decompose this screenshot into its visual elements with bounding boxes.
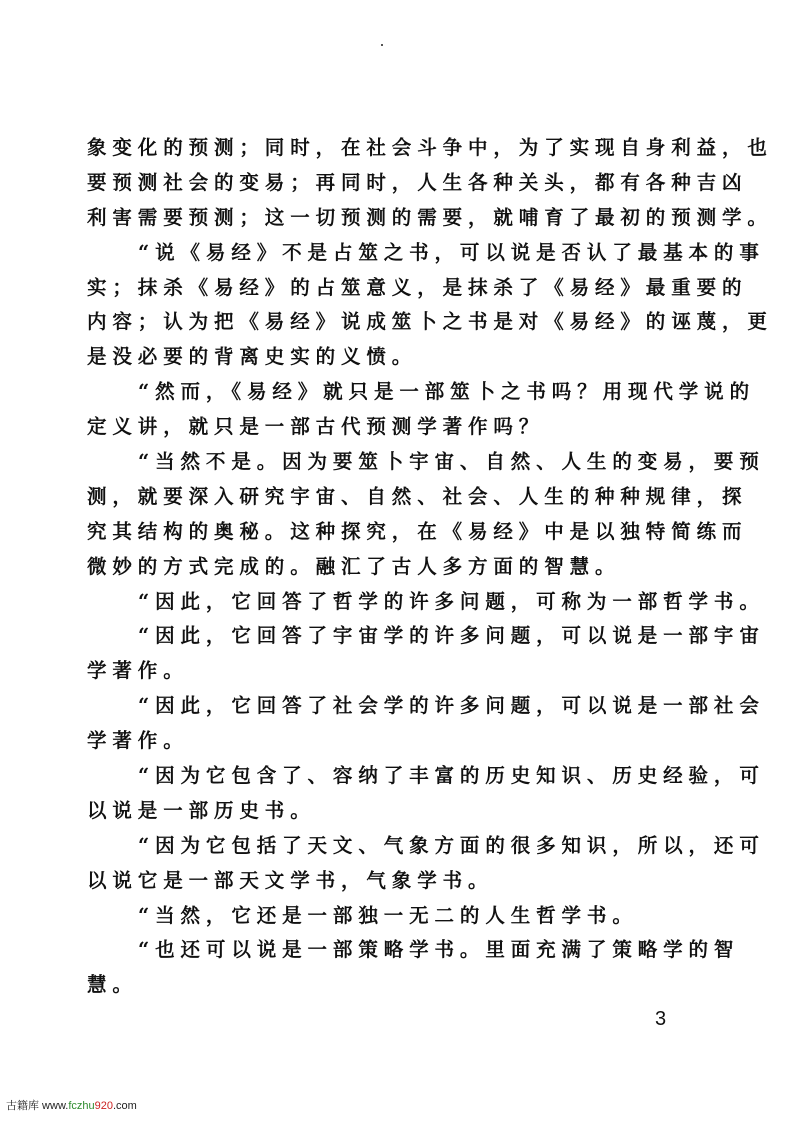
text-line: 慧。 [87,968,701,1003]
paragraph-start-line: “因此，它回答了哲学的许多问题，可称为一部哲学书。 [87,585,701,620]
text-line: 要预测社会的变易；再同时，人生各种关头，都有各种吉凶 [87,166,701,201]
watermark-red-part: 920 [95,1100,113,1112]
watermark-prefix: 古籍库 www. [6,1100,68,1112]
text-line: 实；抹杀《易经》的占筮意义，是抹杀了《易经》最重要的 [87,271,701,306]
paragraph-start-line: “说《易经》不是占筮之书，可以说是否认了最基本的事 [87,236,701,271]
paragraph-start-line: “因此，它回答了宇宙学的许多问题，可以说是一部宇宙 [87,619,701,654]
text-line: 利害需要预测；这一切预测的需要，就哺育了最初的预测学。 [87,201,701,236]
page-body: 象变化的预测；同时，在社会斗争中，为了实现自身利益，也 要预测社会的变易；再同时… [87,131,701,1003]
text-line: 微妙的方式完成的。融汇了古人多方面的智慧。 [87,550,701,585]
text-line: 内容；认为把《易经》说成筮卜之书是对《易经》的诬蔑，更 [87,305,701,340]
text-line: 象变化的预测；同时，在社会斗争中，为了实现自身利益，也 [87,131,701,166]
text-line: 定义讲，就只是一部古代预测学著作吗？ [87,410,701,445]
watermark: 古籍库 www.fczhu920.com [6,1097,137,1113]
text-line: 学著作。 [87,724,701,759]
paragraph-start-line: “因为它包含了、容纳了丰富的历史知识、历史经验，可 [87,759,701,794]
page-number: 3 [655,1008,666,1031]
text-line: 学著作。 [87,654,701,689]
paragraph-start-line: “也还可以说是一部策略学书。里面充满了策略学的智 [87,933,701,968]
watermark-suffix: .com [113,1100,137,1112]
text-line: 以说是一部历史书。 [87,794,701,829]
scan-speck [381,44,383,46]
text-line: 究其结构的奥秘。这种探究，在《易经》中是以独特简练而 [87,515,701,550]
paragraph-start-line: “然而，《易经》就只是一部筮卜之书吗？用现代学说的 [87,375,701,410]
paragraph-start-line: “因为它包括了天文、气象方面的很多知识，所以，还可 [87,829,701,864]
paragraph-start-line: “因此，它回答了社会学的许多问题，可以说是一部社会 [87,689,701,724]
paragraph-start-line: “当然不是。因为要筮卜宇宙、自然、人生的变易，要预 [87,445,701,480]
text-line: 测，就要深入研究宇宙、自然、社会、人生的种种规律，探 [87,480,701,515]
text-line: 以说它是一部天文学书，气象学书。 [87,864,701,899]
paragraph-start-line: “当然，它还是一部独一无二的人生哲学书。 [87,899,701,934]
text-line: 是没必要的背离史实的义愤。 [87,340,701,375]
watermark-green-part: fczhu [68,1100,94,1112]
